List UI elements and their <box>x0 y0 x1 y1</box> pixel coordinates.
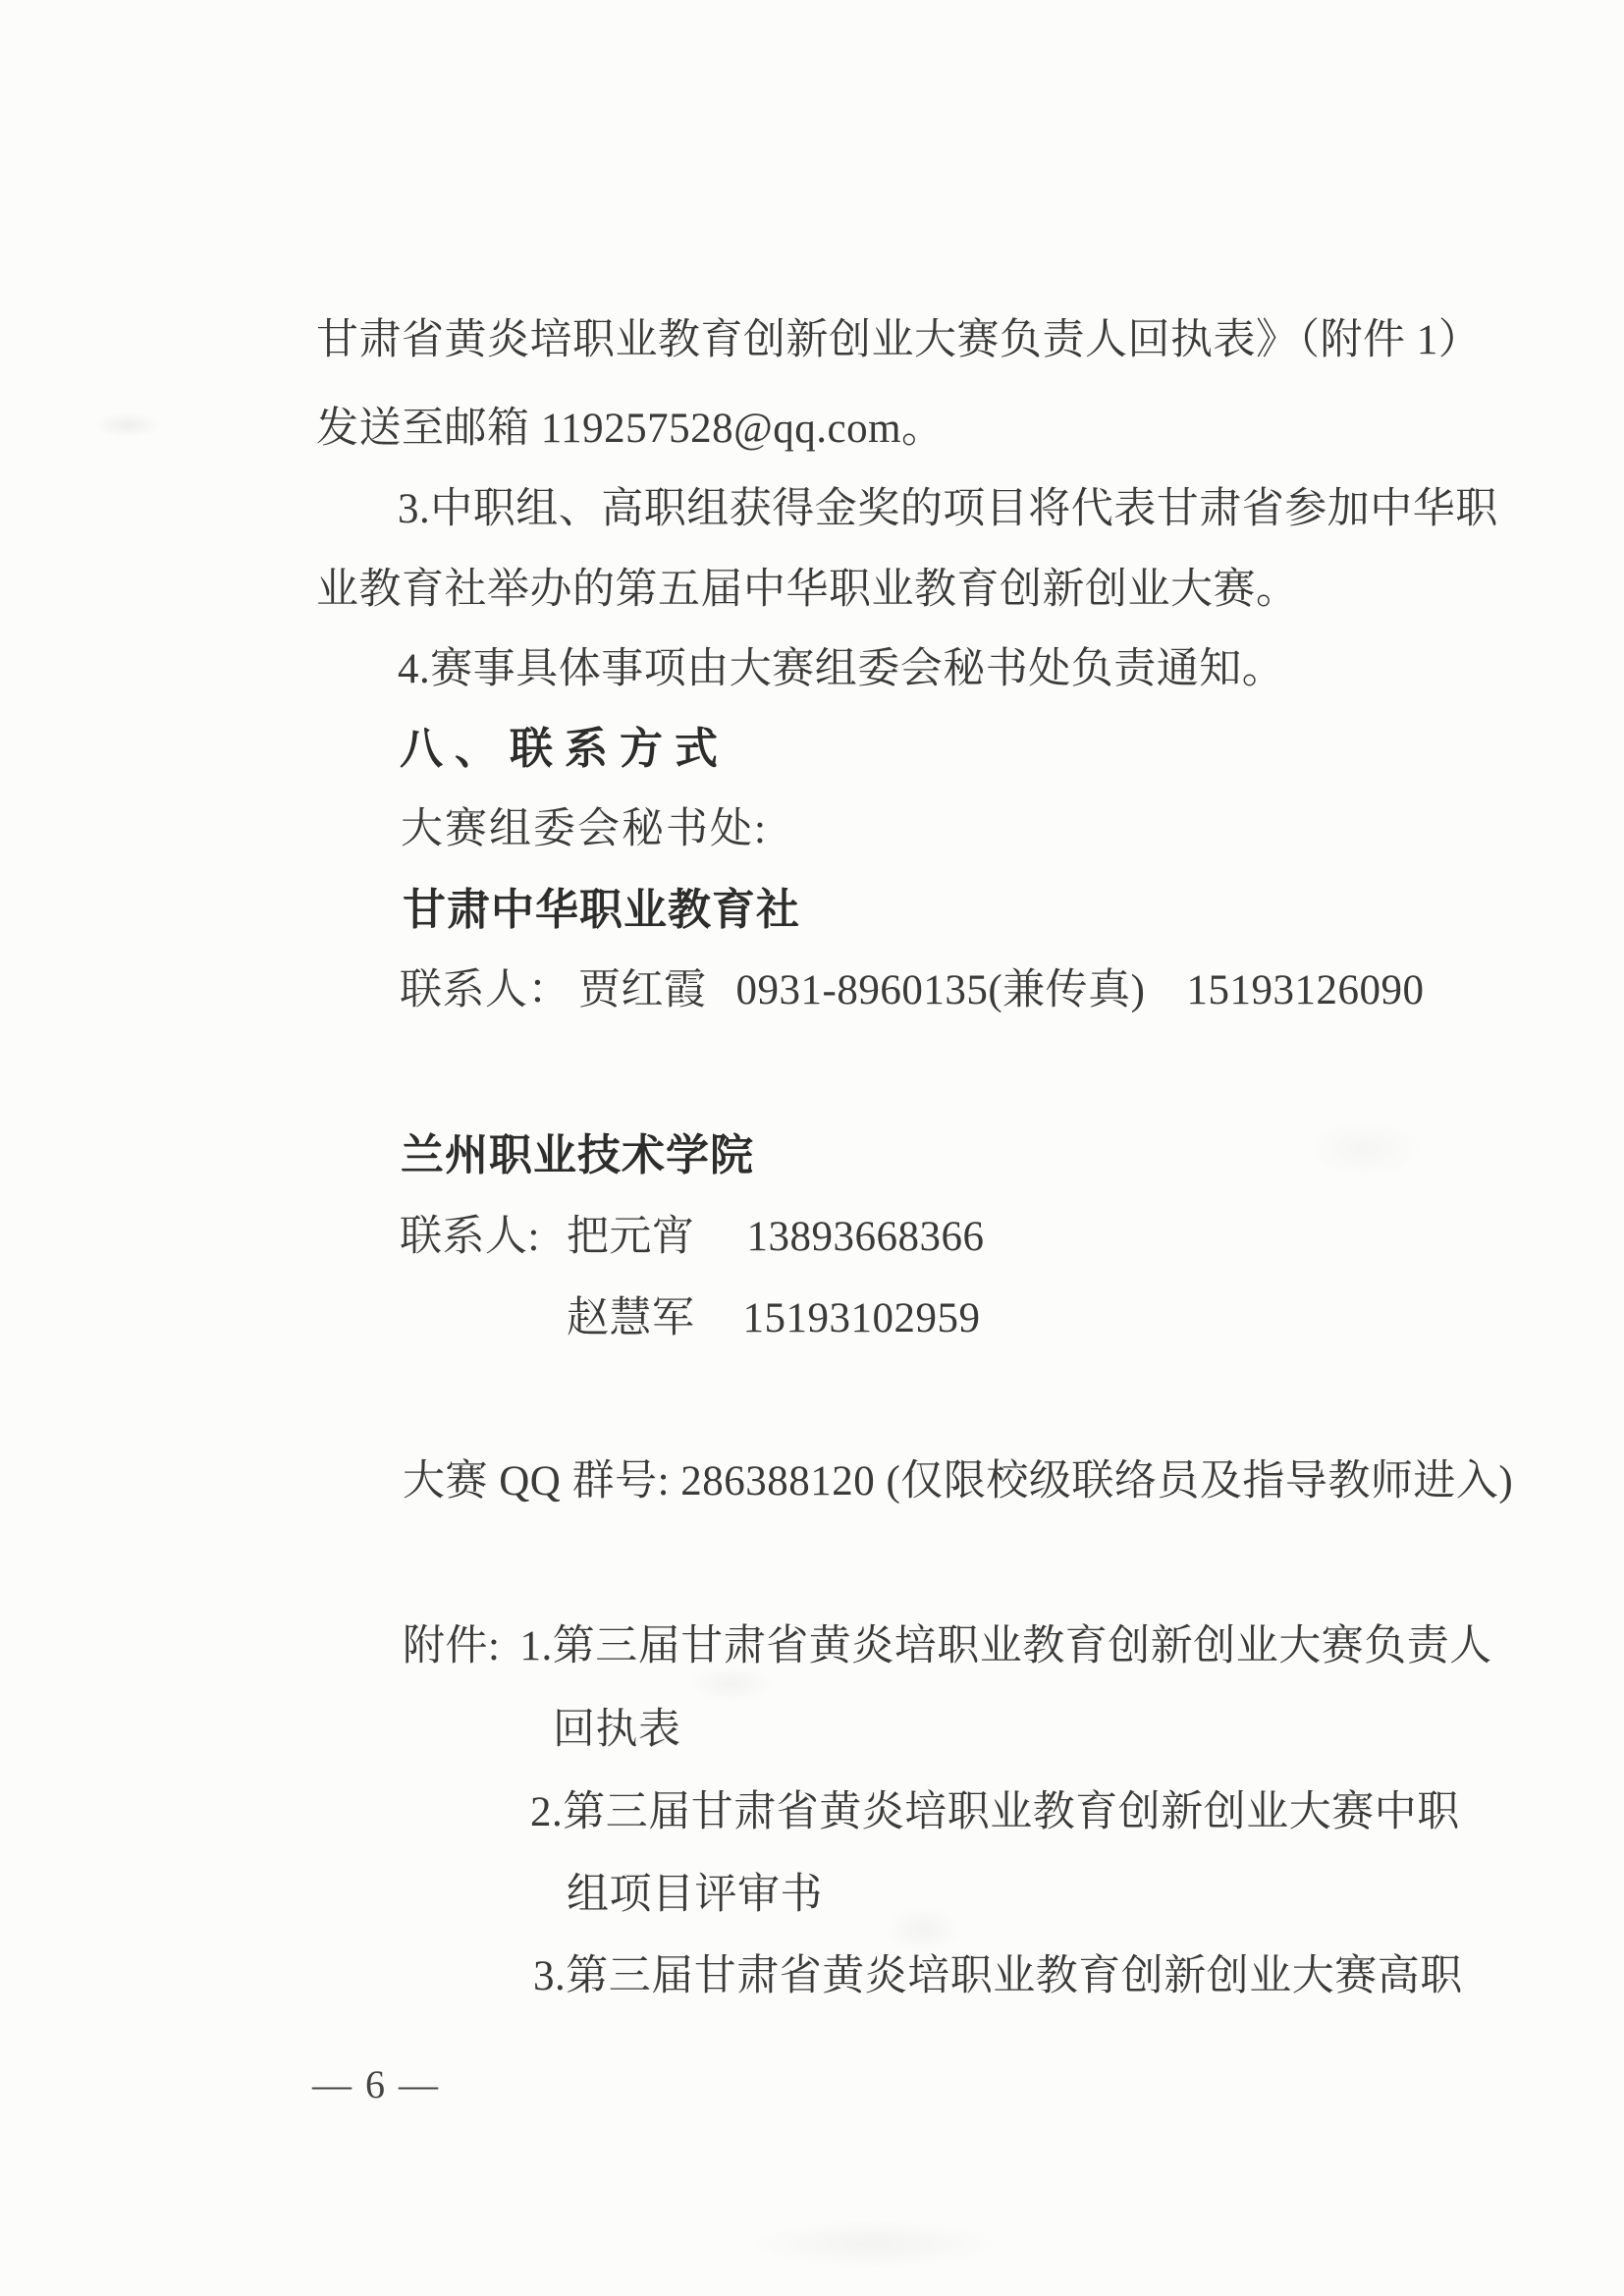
section-heading-contact-info: 八、联系方式 <box>400 725 730 774</box>
scan-smudge <box>746 2219 1001 2269</box>
org1-mobile: 15193126090 <box>1186 967 1424 1013</box>
paragraph1-continuation-line2-email: 发送至邮箱 119257528@qq.com。 <box>316 405 945 454</box>
attachments-label: 附件: <box>403 1623 500 1669</box>
qq-group-line: 大赛 QQ 群号: 286388120 (仅限校级联络员及指导教师进入) <box>403 1457 1513 1506</box>
org2-contact2-name: 赵慧军 <box>567 1295 695 1341</box>
org1-contact-line: 联系人：贾红霞0931-8960135(兼传真)15193126090 <box>400 966 1424 1015</box>
scan-smudge <box>93 412 162 438</box>
paragraph1-continuation-line1: 甘肃省黄炎培职业教育创新创业大赛负责人回执表》（附件 1） <box>316 316 1481 365</box>
paragraph2-item3-line2: 业教育社举办的第五届中华职业教育创新创业大赛。 <box>316 566 1299 615</box>
org2-name: 兰州职业技术学院 <box>401 1131 754 1180</box>
attachment1-line2: 回执表 <box>553 1706 681 1755</box>
org2-contact2-phone: 15193102959 <box>743 1295 981 1341</box>
attachment3-line1: 3.第三届甘肃省黄炎培职业教育创新创业大赛高职 <box>533 1952 1463 2001</box>
org1-contact-name: 贾红霞 <box>578 967 707 1013</box>
attachment1-line1: 1.第三届甘肃省黄炎培职业教育创新创业大赛负责人 <box>519 1623 1491 1669</box>
org1-name: 甘肃中华职业教育社 <box>403 886 800 935</box>
paragraph3-item4: 4.赛事具体事项由大赛组委会秘书处负责通知。 <box>398 645 1284 694</box>
org2-contact1-line: 联系人:把元宵13893668366 <box>400 1213 984 1262</box>
org2-contact2-line: 赵慧军15193102959 <box>567 1294 981 1343</box>
scan-smudge <box>1306 1120 1424 1178</box>
org2-contact1-name: 把元宵 <box>567 1214 695 1260</box>
org1-contact-label: 联系人： <box>400 967 570 1013</box>
org2-contact1-phone: 13893668366 <box>746 1214 984 1260</box>
paragraph2-item3-line1: 3.中职组、高职组获得金奖的项目将代表甘肃省参加中华职 <box>398 485 1498 534</box>
scan-smudge <box>884 1905 962 1954</box>
attachment2-line1: 2.第三届甘肃省黄炎培职业教育创新创业大赛中职 <box>530 1788 1460 1837</box>
secretariat-label: 大赛组委会秘书处: <box>401 805 768 854</box>
attachments-line1: 附件:1.第三届甘肃省黄炎培职业教育创新创业大赛负责人 <box>403 1622 1492 1671</box>
page-number: — 6 — <box>312 2060 440 2109</box>
attachment2-line2: 组项目评审书 <box>567 1871 823 1920</box>
org2-contact-label: 联系人: <box>400 1214 540 1260</box>
document-page: 甘肃省黄炎培职业教育创新创业大赛负责人回执表》（附件 1） 发送至邮箱 1192… <box>0 0 1624 2296</box>
org1-phone-fax: 0931-8960135(兼传真) <box>736 967 1146 1013</box>
